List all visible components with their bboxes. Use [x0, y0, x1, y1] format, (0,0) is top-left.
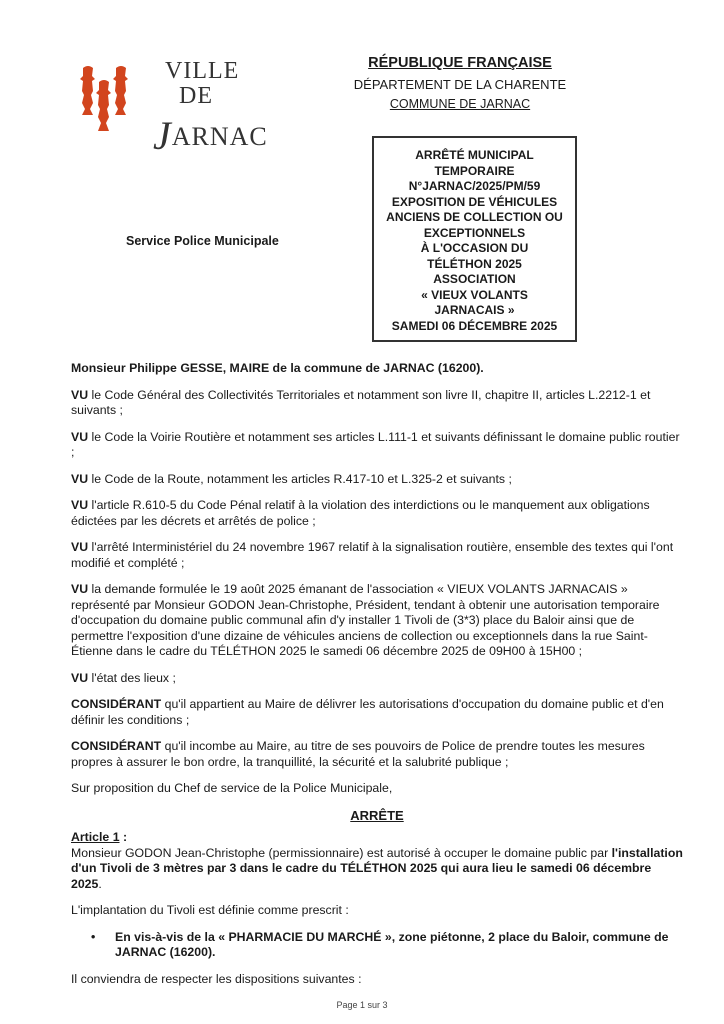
vu-text: la demande formulée le 19 août 2025 éman…	[71, 582, 660, 658]
vu-item: VU la demande formulée le 19 août 2025 é…	[71, 582, 683, 660]
republique-title: RÉPUBLIQUE FRANÇAISE	[330, 55, 590, 71]
article-1-title: Article 1	[71, 830, 120, 844]
document-body: Monsieur Philippe GESSE, MAIRE de la com…	[71, 361, 683, 998]
title-box-line: JARNACAIS »	[374, 303, 575, 319]
vu-prefix: VU	[71, 472, 88, 486]
logo-jarnac-text: JARNAC	[153, 108, 268, 155]
title-box-line: TEMPORAIRE	[374, 164, 575, 180]
commune-title: COMMUNE DE JARNAC	[330, 97, 590, 111]
vu-list: VU le Code Général des Collectivités Ter…	[71, 388, 683, 687]
vu-text: le Code de la Route, notamment les artic…	[88, 472, 512, 486]
article-1-end: .	[98, 877, 101, 891]
title-box-line: ASSOCIATION	[374, 272, 575, 288]
list-item: • En vis-à-vis de la « PHARMACIE DU MARC…	[91, 930, 683, 961]
vu-item: VU l'article R.610-5 du Code Pénal relat…	[71, 498, 683, 529]
proposition-line: Sur proposition du Chef de service de la…	[71, 781, 683, 797]
vu-prefix: VU	[71, 388, 88, 402]
title-box-line: « VIEUX VOLANTS	[374, 288, 575, 304]
title-box-line: SAMEDI 06 DÉCEMBRE 2025	[374, 319, 575, 335]
vu-prefix: VU	[71, 498, 88, 512]
logo-arnac: ARNAC	[172, 122, 268, 151]
considerant-list: CONSIDÉRANT qu'il appartient au Maire de…	[71, 697, 683, 770]
vu-item: VU le Code de la Route, notamment les ar…	[71, 472, 683, 488]
vu-prefix: VU	[71, 671, 88, 685]
three-fish-statues-icon	[75, 64, 137, 136]
arrete-title-box: ARRÊTÉ MUNICIPALTEMPORAIREN°JARNAC/2025/…	[372, 136, 577, 342]
article-1-text: Monsieur GODON Jean-Christophe (permissi…	[71, 846, 612, 860]
considerant-prefix: CONSIDÉRANT	[71, 739, 161, 753]
vu-item: VU le Code Général des Collectivités Ter…	[71, 388, 683, 419]
title-box-line: TÉLÉTHON 2025	[374, 257, 575, 273]
vu-prefix: VU	[71, 430, 88, 444]
title-box-line: ARRÊTÉ MUNICIPAL	[374, 148, 575, 164]
republic-header: RÉPUBLIQUE FRANÇAISE DÉPARTEMENT DE LA C…	[330, 55, 590, 111]
logo-j-initial: J	[153, 113, 172, 158]
considerant-item: CONSIDÉRANT qu'il appartient au Maire de…	[71, 697, 683, 728]
maire-line: Monsieur Philippe GESSE, MAIRE de la com…	[71, 361, 683, 377]
ville-de-jarnac-logo: VILLE DE JARNAC	[75, 58, 265, 138]
considerant-item: CONSIDÉRANT qu'il incombe au Maire, au t…	[71, 739, 683, 770]
article-1-colon: :	[120, 830, 128, 844]
title-box-line: EXCEPTIONNELS	[374, 226, 575, 242]
vu-text: l'article R.610-5 du Code Pénal relatif …	[71, 498, 650, 528]
vu-text: l'arrêté Interministériel du 24 novembre…	[71, 540, 673, 570]
vu-item: VU le Code la Voirie Routière et notamme…	[71, 430, 683, 461]
page-number: Page 1 sur 3	[0, 1000, 724, 1010]
dispositions-line: Il conviendra de respecter les dispositi…	[71, 972, 683, 988]
location-text: En vis-à-vis de la « PHARMACIE DU MARCHÉ…	[115, 930, 683, 961]
title-box-line: EXPOSITION DE VÉHICULES	[374, 195, 575, 211]
considerant-prefix: CONSIDÉRANT	[71, 697, 161, 711]
bullet-icon: •	[91, 930, 115, 961]
title-box-line: À L'OCCASION DU	[374, 241, 575, 257]
service-label: Service Police Municipale	[126, 234, 279, 248]
vu-item: VU l'arrêté Interministériel du 24 novem…	[71, 540, 683, 571]
title-box-line: N°JARNAC/2025/PM/59	[374, 179, 575, 195]
article-1: Article 1 : Monsieur GODON Jean-Christop…	[71, 830, 683, 987]
vu-prefix: VU	[71, 582, 88, 596]
vu-text: l'état des lieux ;	[88, 671, 176, 685]
vu-text: le Code Général des Collectivités Territ…	[71, 388, 650, 418]
title-box-line: ANCIENS DE COLLECTION OU	[374, 210, 575, 226]
arrete-heading: ARRÊTE	[71, 808, 683, 824]
logo-ville-text: VILLE	[165, 58, 239, 85]
vu-prefix: VU	[71, 540, 88, 554]
logo-de-text: DE	[179, 83, 213, 110]
vu-item: VU l'état des lieux ;	[71, 671, 683, 687]
vu-text: le Code la Voirie Routière et notamment …	[71, 430, 680, 460]
implantation-line: L'implantation du Tivoli est définie com…	[71, 903, 683, 919]
departement-title: DÉPARTEMENT DE LA CHARENTE	[330, 77, 590, 92]
